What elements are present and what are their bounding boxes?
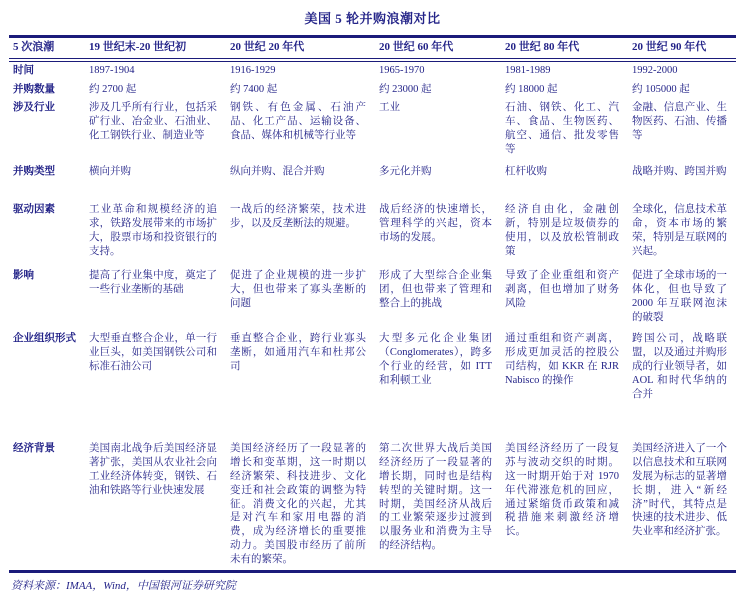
- cell-type-2: 纵向并购、混合并购: [226, 163, 375, 201]
- row-label-economic-background: 经济背景: [9, 440, 85, 571]
- cell-time-1: 1897-1904: [85, 60, 226, 81]
- cell-industries-2: 钢铁、有色金属、石油产品、化工产品、运输设备、食品、媒体和机械等行业等: [226, 99, 375, 163]
- cell-drivers-5: 全球化，信息技术革命，资本市场的繁荣，特别是互联网的兴起。: [628, 201, 736, 267]
- cell-org-4: 通过重组和资产剥离，形成更加灵活的控股公司结构，如 KKR 在 RJR Nabi…: [501, 330, 628, 440]
- cell-org-3: 大型多元化企业集团（Conglomerates），跨多个行业的经营，如 ITT …: [375, 330, 501, 440]
- report-table-page: 美国 5 轮并购浪潮对比 5 次浪潮 19 世纪末-20 世纪初 20 世纪 2…: [0, 0, 745, 597]
- row-label-drivers: 驱动因素: [9, 201, 85, 267]
- table-row-time: 时间 1897-1904 1916-1929 1965-1970 1981-19…: [9, 60, 736, 81]
- ma-waves-comparison-table: 5 次浪潮 19 世纪末-20 世纪初 20 世纪 20 年代 20 世纪 60…: [9, 35, 736, 573]
- cell-count-4: 约 18000 起: [501, 81, 628, 100]
- cell-count-1: 约 2700 起: [85, 81, 226, 100]
- cell-time-5: 1992-2000: [628, 60, 736, 81]
- cell-econ-3: 第二次世界大战后美国经济经历了一段显著的增长期，同时也是结构转型的关键时期。这一…: [375, 440, 501, 571]
- header-wave-1: 19 世纪末-20 世纪初: [85, 37, 226, 60]
- header-wave-5: 20 世纪 90 年代: [628, 37, 736, 60]
- cell-industries-3: 工业: [375, 99, 501, 163]
- cell-org-5: 跨国公司，战略联盟，以及通过并购形成的行业领导者，如 AOL 和时代华纳的合并: [628, 330, 736, 440]
- header-wave-4: 20 世纪 80 年代: [501, 37, 628, 60]
- cell-type-3: 多元化并购: [375, 163, 501, 201]
- cell-impact-3: 形成了大型综合企业集团，但也带来了管理和整合上的挑战: [375, 267, 501, 330]
- cell-type-1: 横向并购: [85, 163, 226, 201]
- cell-econ-4: 美国经济经历了一段复苏与波动交织的时期。这一时期开始于对 1970 年代滞涨危机…: [501, 440, 628, 571]
- cell-impact-5: 促进了全球市场的一体化，但也导致了 2000 年互联网泡沫的破裂: [628, 267, 736, 330]
- table-row-industries: 涉及行业 涉及几乎所有行业，包括采矿行业、冶金业、石油业、化工钢铁行业、制造业等…: [9, 99, 736, 163]
- cell-industries-4: 石油、钢铁、化工、汽车、食品、生物医药、航空、通信、批发零售等: [501, 99, 628, 163]
- row-label-industries: 涉及行业: [9, 99, 85, 163]
- row-label-time: 时间: [9, 60, 85, 81]
- cell-econ-2: 美国经济经历了一段显著的增长和变革期，这一时期以经济繁荣、科技进步、文化变迁和社…: [226, 440, 375, 571]
- cell-count-3: 约 23000 起: [375, 81, 501, 100]
- row-label-org-form: 企业组织形式: [9, 330, 85, 440]
- cell-type-4: 杠杆收购: [501, 163, 628, 201]
- table-row-drivers: 驱动因素 工业革命和规模经济的追求，铁路发展带来的市场扩大，股票市场和投资银行的…: [9, 201, 736, 267]
- cell-org-1: 大型垂直整合企业，单一行业巨头，如美国钢铁公司和标准石油公司: [85, 330, 226, 440]
- cell-drivers-2: 一战后的经济繁荣，技术进步，以及反垄断法的规避。: [226, 201, 375, 267]
- cell-drivers-3: 战后经济的快速增长，管理科学的兴起，资本市场的发展。: [375, 201, 501, 267]
- cell-time-4: 1981-1989: [501, 60, 628, 81]
- cell-time-2: 1916-1929: [226, 60, 375, 81]
- table-row-impact: 影响 提高了行业集中度，奠定了一些行业垄断的基础 促进了企业规模的进一步扩大，但…: [9, 267, 736, 330]
- header-wave-label: 5 次浪潮: [9, 37, 85, 60]
- cell-econ-1: 美国南北战争后美国经济显著扩张，美国从农业社会向工业经济体转变，钢铁、石油和铁路…: [85, 440, 226, 571]
- cell-time-3: 1965-1970: [375, 60, 501, 81]
- row-label-deal-count: 并购数量: [9, 81, 85, 100]
- cell-drivers-1: 工业革命和规模经济的追求，铁路发展带来的市场扩大，股票市场和投资银行的支持。: [85, 201, 226, 267]
- row-label-impact: 影响: [9, 267, 85, 330]
- cell-econ-5: 美国经济进入了一个以信息技术和互联网发展为标志的显著增长期，进入“新经济”时代，…: [628, 440, 736, 571]
- source-note: 资料来源：IMAA，Wind，中国银河证券研究院: [9, 577, 736, 593]
- table-row-economic-background: 经济背景 美国南北战争后美国经济显著扩张，美国从农业社会向工业经济体转变，钢铁、…: [9, 440, 736, 571]
- page-title: 美国 5 轮并购浪潮对比: [9, 8, 736, 27]
- table-row-deal-count: 并购数量 约 2700 起 约 7400 起 约 23000 起 约 18000…: [9, 81, 736, 100]
- cell-industries-1: 涉及几乎所有行业，包括采矿行业、冶金业、石油业、化工钢铁行业、制造业等: [85, 99, 226, 163]
- cell-drivers-4: 经济自由化，金融创新，特别是垃圾债券的使用，以及放松管制政策: [501, 201, 628, 267]
- header-wave-3: 20 世纪 60 年代: [375, 37, 501, 60]
- table-row-org-form: 企业组织形式 大型垂直整合企业，单一行业巨头，如美国钢铁公司和标准石油公司 垂直…: [9, 330, 736, 440]
- cell-impact-1: 提高了行业集中度，奠定了一些行业垄断的基础: [85, 267, 226, 330]
- cell-impact-2: 促进了企业规模的进一步扩大，但也带来了寡头垄断的问题: [226, 267, 375, 330]
- table-row-ma-type: 并购类型 横向并购 纵向并购、混合并购 多元化并购 杠杆收购 战略并购、跨国并购: [9, 163, 736, 201]
- cell-impact-4: 导致了企业重组和资产剥离，但也增加了财务风险: [501, 267, 628, 330]
- cell-org-2: 垂直整合企业，跨行业寡头垄断，如通用汽车和杜邦公司: [226, 330, 375, 440]
- cell-count-2: 约 7400 起: [226, 81, 375, 100]
- row-label-ma-type: 并购类型: [9, 163, 85, 201]
- cell-count-5: 约 105000 起: [628, 81, 736, 100]
- cell-type-5: 战略并购、跨国并购: [628, 163, 736, 201]
- table-header-row: 5 次浪潮 19 世纪末-20 世纪初 20 世纪 20 年代 20 世纪 60…: [9, 37, 736, 60]
- header-wave-2: 20 世纪 20 年代: [226, 37, 375, 60]
- cell-industries-5: 金融、信息产业、生物医药、石油、传播等: [628, 99, 736, 163]
